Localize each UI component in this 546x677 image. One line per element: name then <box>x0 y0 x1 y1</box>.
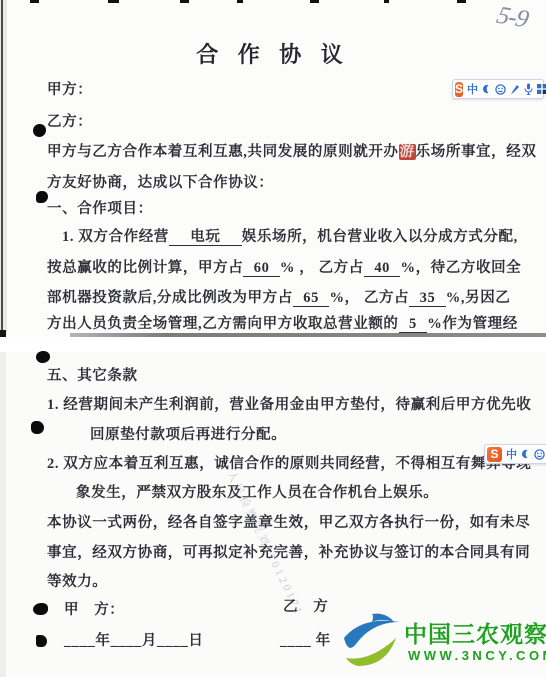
sogou-logo-icon[interactable]: S <box>455 82 463 97</box>
voice-mic-icon[interactable] <box>524 83 533 95</box>
party-a-signature-label: 甲 方： <box>64 598 124 619</box>
sogou-logo-icon[interactable]: S <box>487 447 502 462</box>
party-a-date-blank: ____年____月____日 <box>64 629 204 650</box>
site-url: WWW.3NCY.COM <box>408 648 546 663</box>
scan-artifact-dash <box>180 0 189 3</box>
hole-punch-dot <box>31 421 44 434</box>
hole-punch-dot <box>36 635 47 647</box>
clause-5-2-line-2: 象发生，严禁双方股东及工作人员在合作机台上娱乐。 <box>76 481 438 502</box>
clause-5-1-line-1: 1. 经营期间未产生利润前，营业备用金由甲方垫付，待赢利后甲方优先收 <box>47 393 531 414</box>
section-1-title: 一、合作项目： <box>47 197 153 218</box>
closing-line-2: 事宜，经双方协商，可再拟定补充完善，补充协议与签订的本合同具有同 <box>47 541 530 562</box>
scan-edge-strip-2 <box>0 352 6 677</box>
clause-5-2-line-1: 2. 双方应本着互利互惠，诚信合作的原则共同经营，不得相互有舞弊等现 <box>47 452 531 473</box>
scan-artifact-dash <box>30 0 39 3</box>
scan-artifact-dash <box>384 0 389 3</box>
chinese-mode-icon[interactable]: 中 <box>467 81 478 97</box>
page-gap <box>0 337 546 352</box>
intro-line-2: 方友好协商，达成以下合作协议： <box>47 171 274 192</box>
scan-artifact-dash <box>108 0 119 3</box>
chinese-mode-icon[interactable]: 中 <box>506 446 517 462</box>
handwriting-pen-icon[interactable] <box>510 84 520 95</box>
party-a-label: 甲方： <box>47 78 92 99</box>
clause-5-1-line-2: 回原垫付款项后再进行分配。 <box>90 423 286 444</box>
clause-1-line-2: 按总赢收的比例计算，甲方占 60 % ， 乙方占 40 %，待乙方收回全 <box>47 256 521 277</box>
hole-punch-dot <box>33 124 46 137</box>
handwritten-page-number: 5-9 <box>494 2 531 34</box>
closing-line-1: 本协议一式两份，经各自签字盖章生效，甲乙双方各执行一份，如有未尽 <box>47 511 530 532</box>
swoosh-logo-icon <box>342 612 404 675</box>
clause-1-line-1: 1. 双方合作经营 电玩 娱乐场所，机台营业收入以分成方式分配, <box>62 225 518 246</box>
intro-line-1: 甲方与乙方合作本着互利互惠,共同发展的原则就开办游乐场所事宜，经双 <box>47 140 536 161</box>
scan-artifact-dash <box>237 0 243 3</box>
party-b-date-blank: ____ 年 <box>280 629 331 650</box>
fullwidth-toggle-icon[interactable] <box>521 449 530 459</box>
clause-1-line-4: 方出人员负责全场管理,乙方需向甲方收取总营业额的 5 %作为管理经 <box>47 312 518 333</box>
document-title: 合 作 协 议 <box>0 38 546 69</box>
toolbox-grid-icon[interactable] <box>537 84 546 94</box>
site-name: 中国三农观察网 <box>404 616 546 649</box>
scan-artifact-dash <box>457 0 466 3</box>
document-page-1: 5-9 合 作 协 议 甲方： 乙方： 甲方与乙方合作本着互利互惠,共同发展的原… <box>0 0 546 337</box>
hole-punch-dot <box>33 603 48 615</box>
fullwidth-toggle-icon[interactable] <box>482 84 491 94</box>
emoji-icon[interactable] <box>495 84 506 95</box>
scanned-document: 5-9 合 作 协 议 甲方： 乙方： 甲方与乙方合作本着互利互惠,共同发展的原… <box>0 0 546 677</box>
party-b-label: 乙方： <box>47 110 92 131</box>
closing-line-3: 等效力。 <box>47 570 107 591</box>
scan-artifact-dash <box>310 0 319 3</box>
ime-toolbar-2[interactable]: S 中 <box>484 444 546 464</box>
ime-toolbar[interactable]: S 中 <box>452 79 544 99</box>
site-watermark-logo: 中国三农观察网 WWW.3NCY.COM <box>338 610 546 676</box>
clause-1-line-3: 部机器投资款后,分成比例改为甲方占 65 %， 乙方占 35 %,另因乙 <box>47 286 510 307</box>
section-5-title: 五、其它条款 <box>47 364 138 385</box>
emoji-icon[interactable] <box>534 449 545 460</box>
